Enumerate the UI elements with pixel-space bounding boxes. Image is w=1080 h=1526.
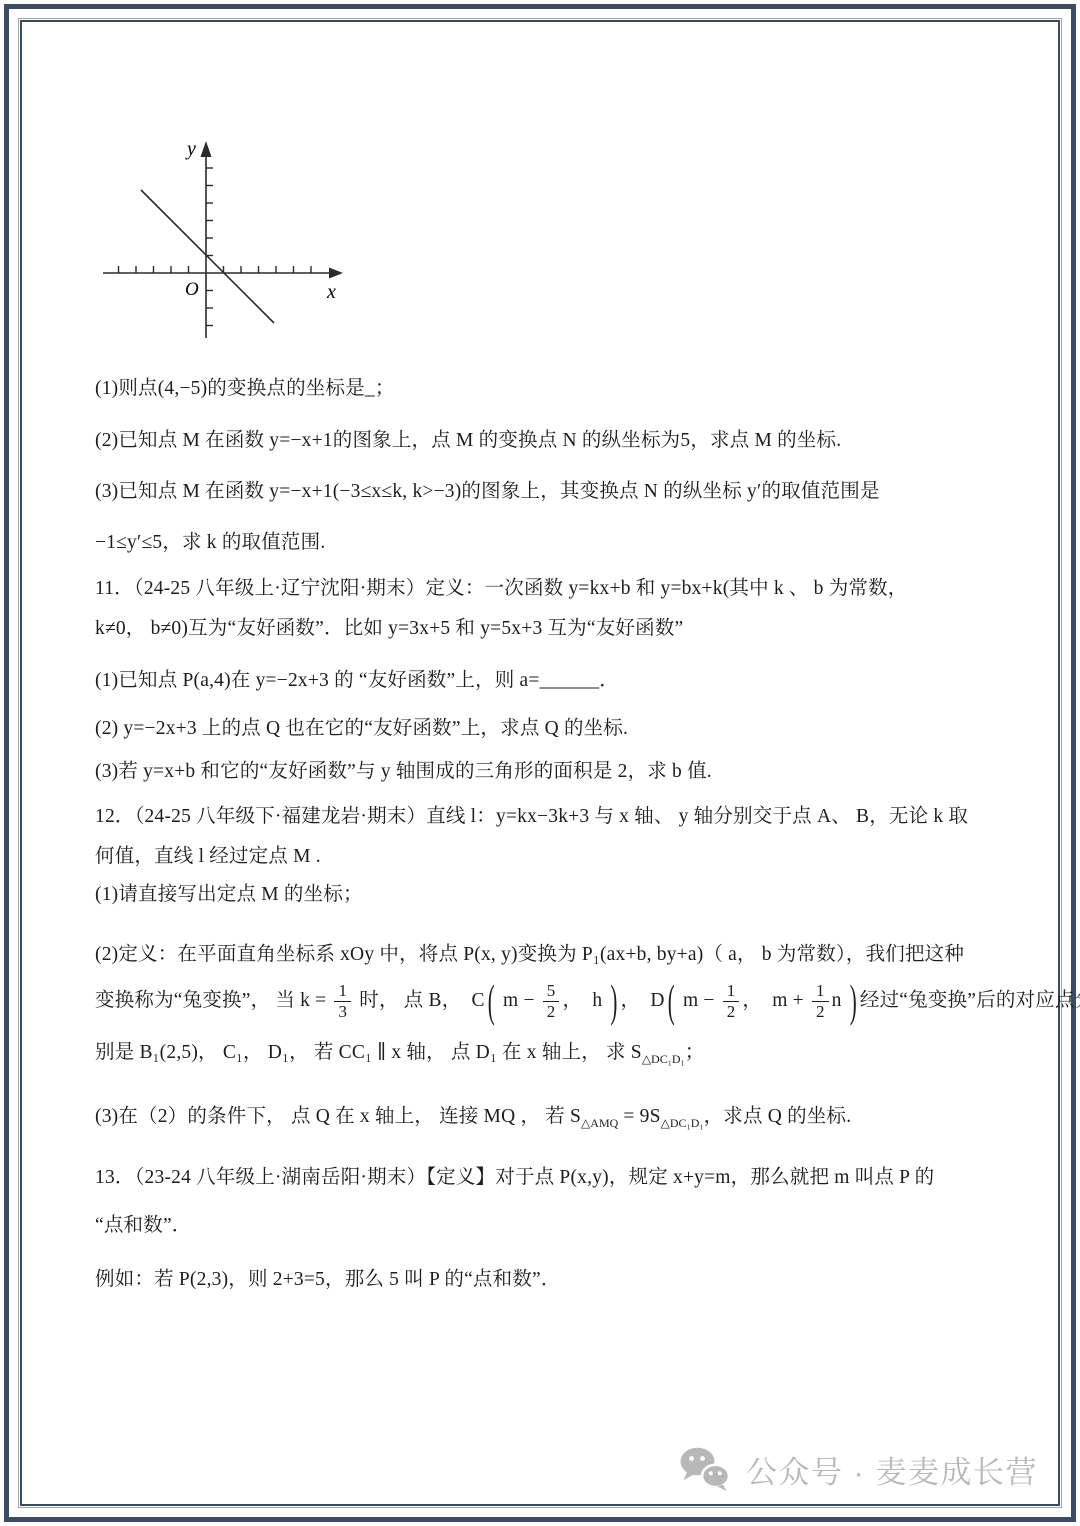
x-axis-label: x [326, 281, 336, 303]
fraction-five-halves: 5 2 [543, 982, 560, 1021]
problem-13-head-line2: “点和数”． [95, 1213, 995, 1239]
close-paren: ) [610, 973, 617, 1029]
text-segment: 时， 点 B， C [354, 988, 485, 1014]
fraction-one-half: 1 2 [723, 982, 740, 1021]
x-axis-ticks [119, 266, 312, 273]
watermark-label: 公众号 · 麦麦成长营 [746, 1447, 1038, 1492]
problem-12-part1: (1)请直接写出定点 M 的坐标； [95, 882, 995, 908]
y-axis-ticks [206, 168, 213, 326]
problem-11-part3: (3)若 y=x+b 和它的“友好函数”与 y 轴围成的三角形的面积是 2，求 … [95, 759, 995, 785]
fraction-denominator: 2 [547, 1002, 556, 1021]
origin-label: O [185, 279, 199, 300]
y-axis-arrow [201, 141, 212, 157]
y-axis-label: y [185, 138, 196, 160]
text-segment: ； [685, 1042, 705, 1063]
problem-11-part2: (2) y=−2x+3 上的点 Q 也在它的“友好函数”上，求点 Q 的坐标. [95, 716, 995, 742]
text-segment: ， m + [742, 988, 809, 1014]
text-segment: = 9S [618, 1106, 660, 1127]
fraction-one-half: 1 2 [812, 982, 829, 1021]
function-line [141, 190, 274, 323]
prev-problem-part1: (1)则点(4,−5)的变换点的坐标是_； [95, 376, 995, 402]
close-paren: ) [850, 973, 857, 1029]
fraction-numerator: 1 [812, 982, 829, 1002]
prev-problem-part3-line2: −1≤y′≤5，求 k 的取值范围. [95, 530, 995, 556]
fraction-numerator: 1 [334, 982, 351, 1002]
wechat-icon [678, 1446, 732, 1492]
text-segment: m − [498, 988, 540, 1014]
text-segment: 变换称为“兔变换”， 当 k = [95, 988, 331, 1014]
text-segment: (3)在（2）的条件下， 点 Q 在 x 轴上， 连接 MQ ， 若 S [95, 1106, 581, 1127]
problem-12-part2-line3: 别是 B₁(2,5)， C₁， D₁， 若 CC₁ ∥ x 轴， 点 D₁ 在 … [95, 1040, 995, 1072]
subscript: △AMQ [581, 1116, 618, 1130]
problem-12-part2-line1: (2)定义：在平面直角坐标系 xOy 中，将点 P(x, y)变换为 P₁(ax… [95, 942, 995, 968]
open-paren: ( [668, 973, 675, 1029]
watermark: 公众号 · 麦麦成长营 [678, 1446, 1038, 1492]
prev-problem-part2: (2)已知点 M 在函数 y=−x+1的图象上，点 M 的变换点 N 的纵坐标为… [95, 428, 995, 454]
subscript: △DC₁D₁ [642, 1052, 685, 1066]
problem-12-part3: (3)在（2）的条件下， 点 Q 在 x 轴上， 连接 MQ ， 若 S△AMQ… [95, 1104, 995, 1136]
fraction-denominator: 2 [727, 1002, 736, 1021]
problem-13-example: 例如：若 P(2,3)，则 2+3=5，那么 5 叫 P 的“点和数”． [95, 1267, 995, 1293]
text-segment: ，求点 Q 的坐标. [704, 1106, 852, 1127]
fraction-denominator: 2 [816, 1002, 825, 1021]
fraction-numerator: 1 [723, 982, 740, 1002]
coordinate-graph: y x O [95, 135, 355, 350]
coordinate-graph-svg: y x O [95, 135, 355, 350]
problem-12-head-line2: 何值，直线 l 经过定点 M . [95, 844, 995, 870]
problem-11-part1: (1)已知点 P(a,4)在 y=−2x+3 的 “友好函数”上，则 a=___… [95, 668, 995, 694]
fraction-numerator: 5 [543, 982, 560, 1002]
problem-12-part2-line2: 变换称为“兔变换”， 当 k = 1 3 时， 点 B， C ( m − 5 2… [95, 972, 995, 1030]
document-content: y x O (1)则点(4,−5)的变换点的坐标是_； (2)已知点 M 在函数… [95, 135, 995, 1293]
open-paren: ( [488, 973, 495, 1029]
text-segment: ， D [621, 988, 665, 1014]
text-segment: 经过“兔变换”后的对应点分 [860, 988, 1080, 1014]
text-segment: 别是 B₁(2,5)， C₁， D₁， 若 CC₁ ∥ x 轴， 点 D₁ 在 … [95, 1042, 642, 1063]
prev-problem-part3-line1: (3)已知点 M 在函数 y=−x+1(−3≤x≤k, k>−3)的图象上，其变… [95, 479, 995, 505]
problem-11-head-line2: k≠0， b≠0)互为“友好函数”．比如 y=3x+5 和 y=5x+3 互为“… [95, 616, 995, 642]
fraction-one-third: 1 3 [334, 982, 351, 1021]
text-segment: n [832, 988, 847, 1014]
text-segment: ， h [562, 988, 607, 1014]
problem-12-head-line1: 12．（24-25 八年级下·福建龙岩·期末）直线 l：y=kx−3k+3 与 … [95, 804, 995, 830]
fraction-denominator: 3 [338, 1002, 347, 1021]
problem-13-head-line1: 13．（23-24 八年级上·湖南岳阳·期末）【定义】对于点 P(x,y)，规定… [95, 1165, 995, 1191]
problem-11-head-line1: 11．（24-25 八年级上·辽宁沈阳·期末）定义：一次函数 y=kx+b 和 … [95, 576, 995, 602]
subscript: △DC₁D₁ [661, 1116, 704, 1130]
x-axis-arrow [329, 268, 343, 279]
text-segment: m − [678, 988, 720, 1014]
